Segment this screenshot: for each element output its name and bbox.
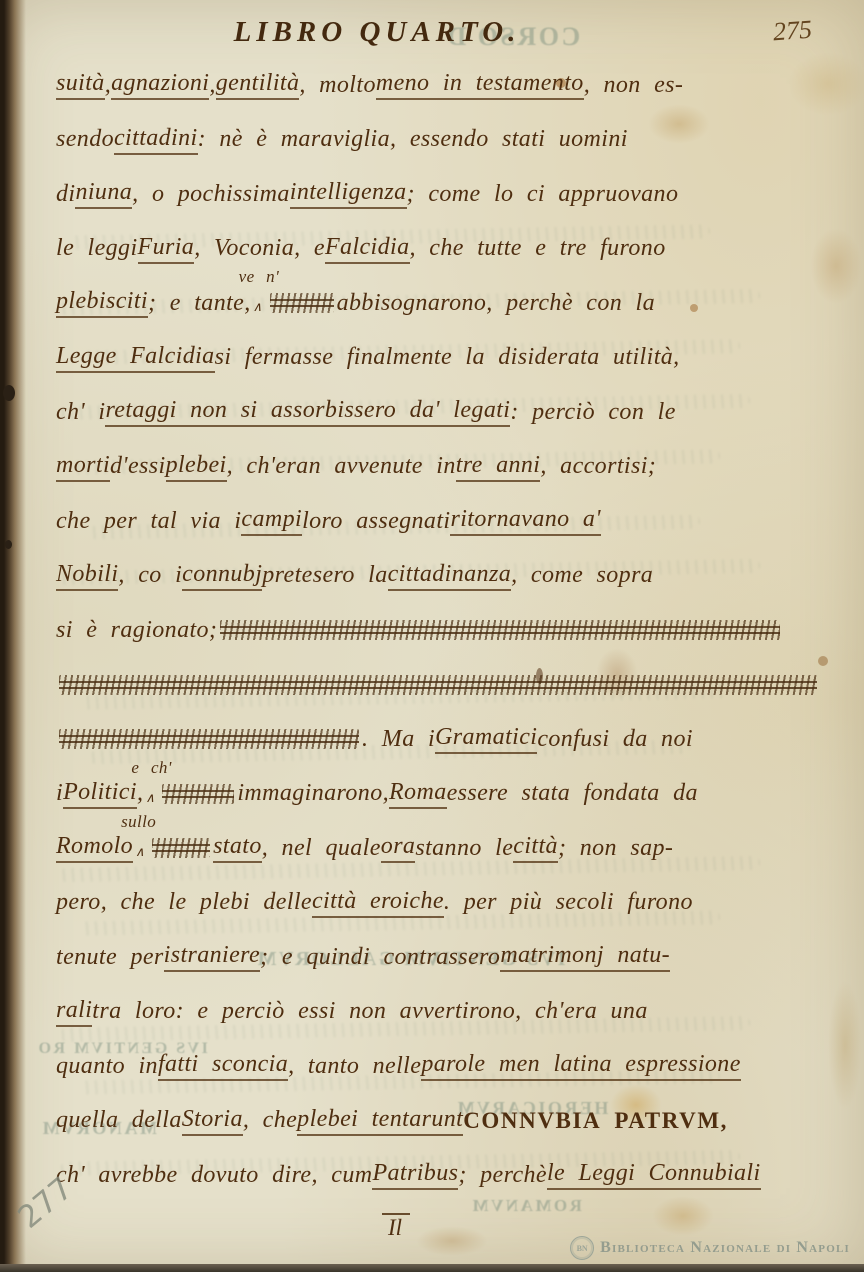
text-segment: quanto in [56, 1053, 158, 1080]
underlined-text: intelligenza [290, 179, 407, 209]
text-segment: che per tal via i [56, 508, 241, 535]
underlined-text: ora [381, 833, 416, 863]
underlined-text: plebei [166, 452, 227, 482]
underlined-text: meno in testamento [376, 70, 584, 100]
underlined-text: stato [213, 833, 262, 863]
text-segment: di [56, 181, 75, 208]
underlined-text: campi [241, 506, 302, 536]
underlined-text: le Leggi Connubiali [547, 1160, 761, 1190]
underlined-text: suità [56, 70, 105, 100]
text-segment: sendo [56, 126, 114, 153]
underlined-text: Romolo [56, 833, 133, 863]
text-segment: , accortisi; [540, 453, 656, 480]
underlined-text: Gramatici [435, 724, 537, 754]
manuscript-line: pero, che le plebi delle città eroiche. … [56, 876, 840, 931]
manuscript-line: quanto in fatti sconcia, tanto nelle par… [56, 1039, 840, 1094]
underlined-text: matrimonj natu- [500, 942, 670, 972]
text-segment: , che [243, 1107, 297, 1134]
caret-mark: ∧ [135, 844, 145, 860]
manuscript-line: morti d'essi plebei, ch'eran avvenute in… [56, 440, 840, 495]
underlined-text: retaggi non si assorbissero da' legati [105, 397, 510, 427]
text-segment: pero, che le plebi delle [56, 889, 312, 916]
manuscript-line: quella della Storia, che plebei tentarun… [56, 1094, 840, 1149]
underlined-text: Roma [389, 779, 447, 809]
manuscript-line: plebisciti; e tante,ve n'∧ abbisognarono… [56, 276, 840, 331]
manuscript-line: Legge Falcidia si fermasse finalmente la… [56, 331, 840, 386]
underlined-text: Storia [182, 1106, 243, 1136]
text-segment: , ch'eran avvenute in [227, 453, 456, 480]
manuscript-line: ch' avrebbe dovuto dire, cum Patribus; p… [56, 1148, 840, 1203]
text-segment: tenute per [56, 944, 164, 971]
text-segment: ch' i [56, 399, 105, 426]
text-segment: essere stata fondata da [447, 780, 698, 807]
binding-edge [0, 0, 26, 1272]
text-segment: loro assegnati [302, 508, 450, 535]
underlined-text: rali [56, 997, 92, 1027]
page-title: LIBRO QUARTO. [0, 16, 809, 49]
text-segment: si è ragionato; [56, 617, 217, 644]
underlined-text: tre anni [456, 452, 541, 482]
page-bottom-edge [0, 1264, 864, 1272]
interlinear-insertion: ve n'∧ [251, 297, 267, 309]
manuscript-line: le leggi Furia, Voconia, e Falcidia, che… [56, 222, 840, 277]
underlined-text: agnazioni [111, 70, 209, 100]
insertion-text: sullo [121, 812, 156, 832]
manuscript-line: di niuna, o pochissima intelligenza; com… [56, 167, 840, 222]
manuscript-line: Romolosullo∧ stato, nel quale ora stanno… [56, 821, 840, 876]
text-segment: CONNVBIA PATRVM, [463, 1108, 728, 1134]
interlinear-insertion: sullo∧ [133, 842, 149, 854]
text-segment: abbisognarono, perchè con la [337, 290, 655, 317]
library-monogram-icon: BN [570, 1236, 594, 1260]
struck-out-illegible-text [220, 620, 780, 640]
underlined-text: gentilità [216, 70, 300, 100]
text-segment: , Voconia, e [194, 235, 325, 262]
underlined-text: plebisciti [56, 288, 148, 318]
manuscript-line [56, 658, 840, 713]
catchword: Il [382, 1213, 410, 1241]
manuscript-page: CORSO DIVS GENTIVM GALLORVMIVS GENTIVM R… [0, 0, 864, 1272]
manuscript-line: . Ma i Gramatici confusi da noi [56, 712, 840, 767]
text-segment: , che tutte e tre furono [410, 235, 666, 262]
text-segment: le leggi [56, 235, 138, 262]
underlined-text: connubj [182, 561, 262, 591]
text-segment: confusi da noi [537, 726, 693, 753]
underlined-text: ritornavano a' [450, 506, 600, 536]
manuscript-line: tenute per istraniere; e quindi contrass… [56, 930, 840, 985]
underlined-text: Politici [63, 779, 137, 809]
underlined-text: plebei tentarunt [297, 1106, 463, 1136]
text-segment: ; e tante, [148, 290, 251, 317]
text-segment: ; perchè [458, 1162, 547, 1189]
underlined-text: città [513, 833, 558, 863]
struck-out-illegible-text [162, 784, 234, 804]
underlined-text: fatti sconcia [158, 1051, 288, 1081]
text-segment: pretesero la [262, 562, 387, 589]
manuscript-line: Nobili, co i connubj pretesero la cittad… [56, 549, 840, 604]
manuscript-line: sendo cittadini: nè è maraviglia, essend… [56, 113, 840, 168]
underlined-text: morti [56, 452, 110, 482]
text-segment: ch' avrebbe dovuto dire, cum [56, 1162, 372, 1189]
text-segment: si fermasse finalmente la disiderata uti… [215, 344, 680, 371]
manuscript-line: si è ragionato; [56, 603, 840, 658]
text-segment: . per più secoli furono [444, 889, 693, 916]
text-segment: ; come lo ci appruovano [407, 181, 679, 208]
text-segment: , o pochissima [132, 181, 290, 208]
text-segment: ; non sap- [558, 835, 673, 862]
text-segment: . Ma i [362, 726, 435, 753]
text-segment: quella della [56, 1107, 182, 1134]
text-segment: , tanto nelle [288, 1053, 421, 1080]
struck-out-illegible-text [59, 675, 817, 695]
struck-out-illegible-text [59, 729, 359, 749]
binding-ink-blob [3, 385, 15, 401]
insertion-text: e ch' [131, 758, 171, 778]
text-segment: stanno le [415, 835, 513, 862]
text-segment: d'essi [110, 453, 166, 480]
text-segment: , molto [299, 72, 375, 99]
text-segment: ; e quindi contrassero [260, 944, 500, 971]
struck-out-illegible-text [152, 838, 210, 858]
manuscript-line: ch' i retaggi non si assorbissero da' le… [56, 385, 840, 440]
underlined-text: niuna [75, 179, 132, 209]
library-stamp-text: Biblioteca Nazionale di Napoli [600, 1239, 850, 1257]
binding-ink-blob [5, 540, 12, 549]
manuscript-text: suità, agnazioni, gentilità, molto meno … [56, 58, 840, 1203]
caret-mark: ∧ [253, 299, 263, 315]
underlined-text: cittadini [114, 125, 198, 155]
text-segment: : nè è maraviglia, essendo stati uomini [198, 126, 628, 153]
underlined-text: Patribus [372, 1160, 458, 1190]
page-number: 275 [772, 15, 813, 48]
text-segment: immaginarono, [237, 780, 389, 807]
underlined-text: Furia [138, 234, 195, 264]
struck-out-illegible-text [270, 293, 334, 313]
manuscript-line: i Politici,e ch'∧ immaginarono, Roma ess… [56, 767, 840, 822]
underlined-text: istraniere [164, 942, 260, 972]
insertion-text: ve n' [239, 267, 279, 287]
text-segment: : perciò con le [510, 399, 675, 426]
underlined-text: parole men latina espressione [421, 1051, 740, 1081]
manuscript-line: rali tra loro: e perciò essi non avverti… [56, 985, 840, 1040]
manuscript-line: suità, agnazioni, gentilità, molto meno … [56, 58, 840, 113]
manuscript-line: che per tal via i campi loro assegnati r… [56, 494, 840, 549]
text-segment: , nel quale [262, 835, 381, 862]
text-segment: tra loro: e perciò essi non avvertirono,… [92, 998, 647, 1025]
text-segment: , co i [118, 562, 182, 589]
underlined-text: Legge Falcidia [56, 343, 215, 373]
underlined-text: Falcidia [325, 234, 410, 264]
text-segment: , come sopra [511, 562, 653, 589]
underlined-text: città eroiche [312, 888, 444, 918]
underlined-text: cittadinanza [388, 561, 511, 591]
interlinear-insertion: e ch'∧ [143, 788, 159, 800]
text-segment: , non es- [584, 72, 684, 99]
underlined-text: Nobili [56, 561, 118, 591]
caret-mark: ∧ [145, 790, 155, 806]
library-stamp: BN Biblioteca Nazionale di Napoli [570, 1236, 850, 1260]
